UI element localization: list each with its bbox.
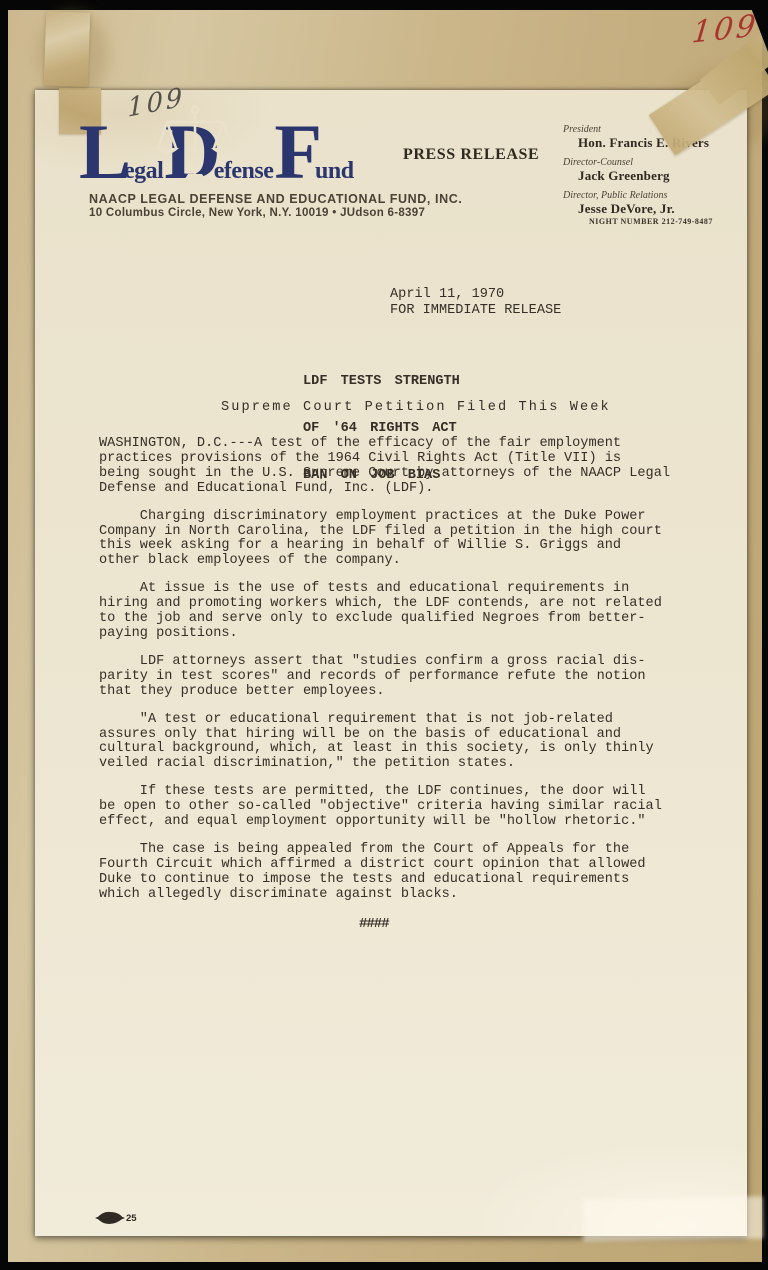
tape-piece-top-left (44, 11, 91, 86)
scales-of-justice-icon (152, 100, 238, 196)
press-release-label: PRESS RELEASE (403, 146, 539, 164)
body-paragraph: Charging discriminatory employment pract… (99, 510, 670, 570)
body-paragraph: If these tests are permitted, the LDF co… (99, 785, 670, 830)
immediate-release-line: FOR IMMEDIATE RELEASE (390, 303, 561, 318)
logo-letter-l: L (79, 122, 129, 183)
subhead: Supreme Court Petition Filed This Week (221, 400, 611, 415)
press-release-paper: 109 L egal D (35, 90, 747, 1236)
org-address-line: 10 Columbus Circle, New York, N.Y. 10019… (89, 207, 425, 219)
officer-public-relations: Director, Public Relations Jesse DeVore,… (563, 190, 753, 226)
org-name-line: NAACP LEGAL DEFENSE AND EDUCATIONAL FUND… (89, 192, 462, 206)
release-date: April 11, 1970 (390, 287, 504, 302)
officer-title: Director-Counsel (563, 157, 753, 168)
date-block: April 11, 1970 FOR IMMEDIATE RELEASE (390, 287, 561, 318)
body-paragraph: LDF attorneys assert that "studies confi… (99, 655, 670, 700)
officers-block: President Hon. Francis E. Rivers Directo… (563, 124, 753, 232)
officer-title: Director, Public Relations (563, 190, 753, 201)
headline-line-2: OF '64 RIGHTS ACT (303, 421, 460, 437)
logo-word-und: und (315, 158, 354, 185)
officer-director-counsel: Director-Counsel Jack Greenberg (563, 157, 753, 184)
union-bug-icon (95, 1210, 125, 1226)
body-paragraph: WASHINGTON, D.C.---A test of the efficac… (99, 437, 670, 497)
body-paragraph: The case is being appealed from the Cour… (99, 843, 670, 903)
logo-letter-d-wrap: D (164, 122, 218, 183)
scanned-press-release: 109 109 L egal D (0, 0, 768, 1270)
ldf-logo: L egal D (79, 122, 355, 185)
logo-letter-f: F (274, 122, 320, 183)
night-number: NIGHT NUMBER 212-749-8487 (563, 217, 753, 226)
officer-name: Hon. Francis E. Rivers (563, 135, 753, 151)
union-bug-number: 25 (126, 1213, 137, 1224)
body-paragraph: "A test or educational requirement that … (99, 713, 670, 773)
body-paragraph: At issue is the use of tests and educati… (99, 582, 670, 642)
officer-name: Jesse DeVore, Jr. (563, 201, 753, 217)
tape-residue-patch (583, 1196, 764, 1241)
body-paragraphs: WASHINGTON, D.C.---A test of the efficac… (99, 437, 670, 916)
scan-corner-notch (748, 0, 768, 52)
headline-line-1: LDF TESTS STRENGTH (303, 374, 460, 390)
end-mark: #### (359, 916, 389, 932)
officer-name: Jack Greenberg (563, 168, 753, 184)
union-bug: 25 (95, 1210, 137, 1226)
